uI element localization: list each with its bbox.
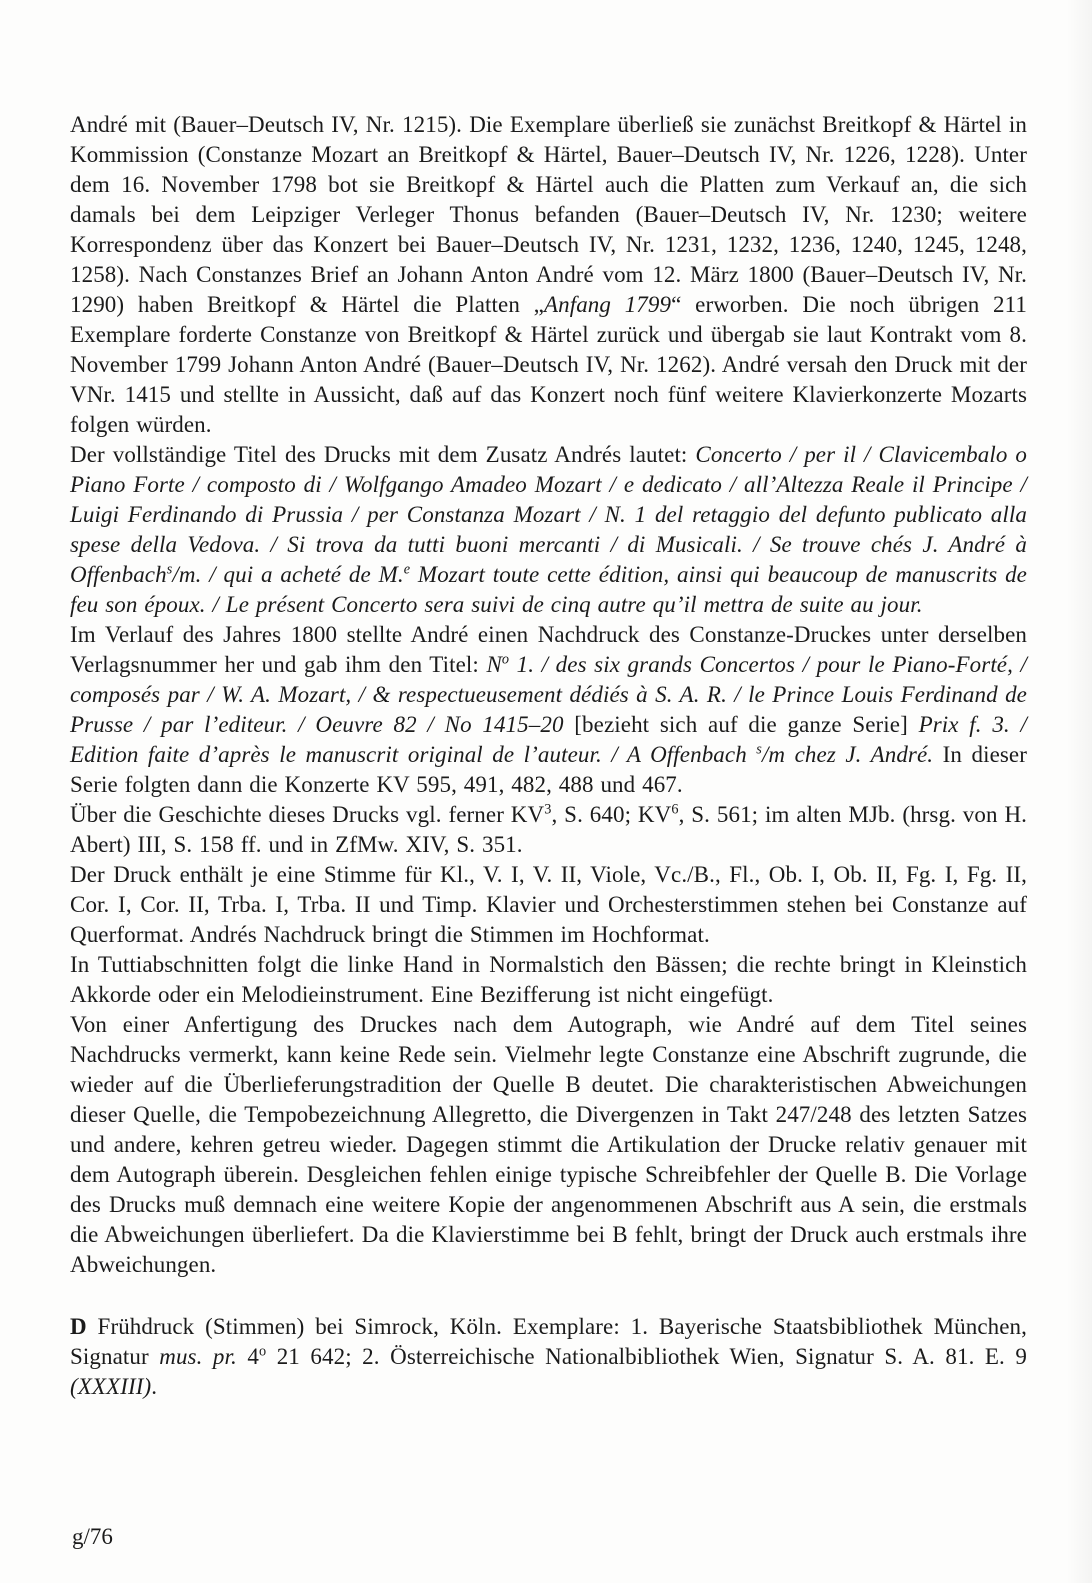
- paragraph-quellenbewertung: Von einer Anfertigung des Druckes nach d…: [70, 1010, 1027, 1280]
- text-run: Von einer Anfertigung des Druckes nach d…: [70, 1012, 1027, 1277]
- text-run: , S. 640; KV: [551, 802, 671, 827]
- page-signature: g/76: [72, 1522, 113, 1552]
- text-run: André mit (Bauer–Deutsch IV, Nr. 1215). …: [70, 112, 1027, 317]
- text-run: D: [70, 1314, 87, 1339]
- text-run: In Tuttiabschnitten folgt die linke Hand…: [70, 952, 1027, 1007]
- text-block: André mit (Bauer–Deutsch IV, Nr. 1215). …: [70, 110, 1027, 1402]
- text-run: /m chez J. André.: [762, 742, 933, 767]
- text-run: Der Druck enthält je eine Stimme für Kl.…: [70, 862, 1027, 947]
- paragraph-andre-exemplare: André mit (Bauer–Deutsch IV, Nr. 1215). …: [70, 110, 1027, 440]
- text-run: N: [486, 652, 501, 677]
- text-run: Über die Geschichte dieses Drucks vgl. f…: [70, 802, 544, 827]
- paragraph-stichbild: In Tuttiabschnitten folgt die linke Hand…: [70, 950, 1027, 1010]
- text-run: .: [151, 1374, 157, 1399]
- text-run: [bezieht sich auf die ganze Serie]: [574, 712, 918, 737]
- text-run: 21 642; 2. Österreichische Nationalbibli…: [266, 1344, 1027, 1369]
- text-run: (XXXIII): [70, 1374, 151, 1399]
- scan-edge-shading: [1066, 0, 1092, 1583]
- paragraph-d-fruehdruck: D Frühdruck (Stimmen) bei Simrock, Köln.…: [70, 1312, 1027, 1402]
- page: André mit (Bauer–Deutsch IV, Nr. 1215). …: [0, 0, 1092, 1583]
- text-run: 6: [671, 801, 678, 817]
- text-run: 4: [237, 1344, 259, 1369]
- paragraph-nachdruck-titel: Im Verlauf des Jahres 1800 stellte André…: [70, 620, 1027, 800]
- text-run: /m. / qui a acheté de M.: [172, 562, 403, 587]
- text-run: Anfang 1799: [544, 292, 671, 317]
- paragraph-constanze-druck-titel: Der vollständige Titel des Drucks mit de…: [70, 440, 1027, 620]
- paragraph-literatur: Über die Geschichte dieses Drucks vgl. f…: [70, 800, 1027, 860]
- text-run: Der vollständige Titel des Drucks mit de…: [70, 442, 695, 467]
- text-run: mus. pr.: [159, 1344, 237, 1369]
- paragraph-stimmen: Der Druck enthält je eine Stimme für Kl.…: [70, 860, 1027, 950]
